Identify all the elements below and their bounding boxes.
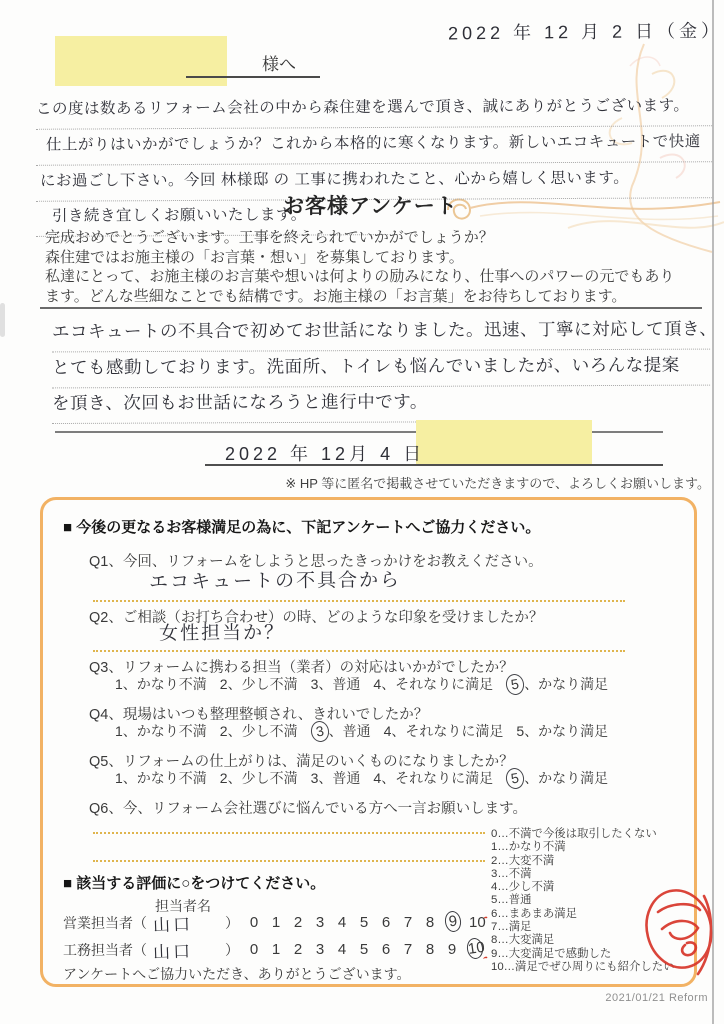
signature-underline <box>205 464 663 466</box>
scale-number: 1 <box>269 941 283 958</box>
rating-option-label: 、少し不満 <box>228 721 298 741</box>
scale-number: 0 <box>247 914 261 931</box>
scale-number: 0 <box>247 941 261 958</box>
rating-number: 4 <box>373 676 381 692</box>
scale-number: 2 <box>291 941 305 958</box>
salutation-label: 様へ <box>262 50 296 75</box>
rating-option-label: 、かなり満足 <box>524 768 608 788</box>
rating-number: 1 <box>115 770 123 786</box>
rating-option: 1、かなり不満 <box>115 721 207 741</box>
customer-feedback-line: とても感動しております。洗面所、トイレも悩んでいましたが、いろんな提案 <box>52 350 710 389</box>
scale-number: 6 <box>379 941 393 958</box>
circled-scale-number: 9 <box>444 910 463 933</box>
rating-number: 1 <box>115 723 123 739</box>
rating-option: 5、かなり満足 <box>506 768 608 788</box>
rating-option-label: 、かなり不満 <box>123 674 207 694</box>
scale-number: 5 <box>357 941 371 958</box>
rater-role-close-paren: ） <box>225 940 239 960</box>
scale-number: 7 <box>401 914 415 931</box>
rating-option: 3、普通 <box>311 721 371 741</box>
rating-option: 2、少し不満 <box>220 674 298 694</box>
redacted-signature-highlight <box>416 420 592 465</box>
rating-number: 3 <box>311 676 319 692</box>
scan-edge-artifact <box>712 0 714 1024</box>
intro-line: ます。どんな些細なことでも結構です。お施主様の「お言葉」をお待ちしております。 <box>45 287 710 307</box>
rating-option-label: 、かなり不満 <box>123 768 207 788</box>
rating-number: 4 <box>384 723 392 739</box>
scanned-survey-page: 2022 年 12 月 2 日（金） 様へ この度は数あるリフォーム会社の中から… <box>0 0 724 1024</box>
rating-option: 1、かなり不満 <box>115 674 207 694</box>
intro-paragraph: 完成おめでとうございます。工事を終えられていかがでしょうか？森住建ではお施主様の… <box>45 228 710 306</box>
survey-heading: ■ 今後の更なるお客様満足の為に、下記アンケートへご協力ください。 <box>63 516 540 537</box>
thanks-message: アンケートへご協力いただき、ありがとうございます。 <box>63 964 410 984</box>
scale-number: 9 <box>445 941 459 958</box>
scale-number: 8 <box>423 914 437 931</box>
question-5-rating-row: 1、かなり不満2、少し不満3、普通4、それなりに満足5、かなり満足 <box>115 768 621 788</box>
scale-number: 2 <box>291 914 305 931</box>
scale-heading: ■ 該当する評価に○をつけてください。 <box>63 872 325 893</box>
answer-1-handwritten: エコキュートの不具合から <box>149 565 401 594</box>
scale-number: 7 <box>401 941 415 958</box>
rating-option-label: 、かなり不満 <box>123 721 207 741</box>
scale-number: 1 <box>269 914 283 931</box>
answer-6-line-1 <box>93 832 485 834</box>
construction-rating-scale: 012345678910 <box>247 940 491 959</box>
customer-feedback: エコキュートの不具合で初めてお世話になりました。迅速、丁寧に対応して頂き、とても… <box>52 315 710 423</box>
survey-form-box: ■ 今後の更なるお客様満足の為に、下記アンケートへご協力ください。 Q1、今回、… <box>40 497 697 987</box>
scale-number: 10 <box>469 914 483 931</box>
rating-option-label: 、普通 <box>318 768 360 788</box>
rating-option-label: 、少し不満 <box>228 674 298 694</box>
rating-number: 1 <box>115 676 123 692</box>
circled-rating-number: 5 <box>505 672 526 696</box>
question-3-rating-row: 1、かなり不満2、少し不満3、普通4、それなりに満足5、かなり満足 <box>115 674 621 694</box>
rating-option: 3、普通 <box>311 768 361 788</box>
intro-line: 完成おめでとうございます。工事を終えられていかがでしょうか？ <box>45 228 710 248</box>
rating-option-label: 、少し不満 <box>228 768 298 788</box>
answer-1-line <box>93 600 625 602</box>
circled-scale-number: 10 <box>466 937 485 960</box>
scale-number: 5 <box>357 914 371 931</box>
customer-feedback-line: エコキュートの不具合で初めてお世話になりました。迅速、丁寧に対応して頂き、 <box>52 314 710 353</box>
rating-number: 5 <box>516 723 524 739</box>
intro-line: 森住建ではお施主様の「お言葉・想い」を募集しております。 <box>45 248 710 268</box>
rating-option: 3、普通 <box>311 674 361 694</box>
rater-name-handwritten: 山口 <box>147 909 226 937</box>
circled-rating-number: 5 <box>505 766 526 790</box>
rating-option-label: 、普通 <box>318 674 360 694</box>
page-title: お客様アンケート <box>283 190 458 220</box>
answer-6-line-2 <box>93 860 485 862</box>
rating-option: 1、かなり不満 <box>115 768 207 788</box>
sales-rating-scale: 012345678910 <box>247 913 491 932</box>
document-footer-date: 2021/01/21 Reform <box>520 992 708 1004</box>
scale-number: 3 <box>313 914 327 931</box>
rating-option: 5、かなり満足 <box>506 674 608 694</box>
scale-number: 4 <box>335 941 349 958</box>
anonymity-note: ※ HP 等に匿名で掲載させていただきますので、よろしくお願いします。 <box>280 473 710 492</box>
rating-option-label: 、それなりに満足 <box>381 768 493 788</box>
answer-2-line <box>93 650 625 652</box>
rating-option: 4、それなりに満足 <box>384 721 504 741</box>
rating-number: 3 <box>311 770 319 786</box>
salutation-underline <box>186 76 320 78</box>
question-6-label: Q6、今、リフォーム会社選びに悩んでいる方へ一言お願いします。 <box>89 797 527 818</box>
legend-item: 3…不満 <box>491 868 691 881</box>
letter-message-line: 仕上がりはいかがでしょうか？これから本格的に寒くなります。新しいエコキュートで快… <box>36 126 712 166</box>
scale-number: 8 <box>423 941 437 958</box>
rating-option-label: 、それなりに満足 <box>381 674 493 694</box>
legend-item: 1…かなり不満 <box>491 841 691 854</box>
question-4-rating-row: 1、かなり不満2、少し不満3、普通4、それなりに満足5、かなり満足 <box>115 721 621 741</box>
rating-option-label: 、それなりに満足 <box>391 721 503 741</box>
feedback-date-handwritten: 2022 年 12月 4 日 <box>225 440 425 466</box>
scale-number: 6 <box>379 914 393 931</box>
rating-option: 2、少し不満 <box>220 721 298 741</box>
rating-option: 2、少し不満 <box>220 768 298 788</box>
red-hanko-stamp <box>640 884 722 976</box>
rater-role-close-paren: ） <box>225 913 239 933</box>
scan-smudge-artifact <box>0 303 5 337</box>
letter-message-line: この度は数あるリフォーム会社の中から森住建を選んで頂き、誠にありがとうございます… <box>36 90 712 130</box>
letter-date-handwritten: 2022 年 12 月 2 日（金） <box>448 17 723 46</box>
rater-role-label: 営業担当者（ <box>63 913 147 933</box>
answer-2-handwritten: 女性担当か？ <box>159 617 285 645</box>
rating-number: 2 <box>220 770 228 786</box>
scale-number: 3 <box>313 941 327 958</box>
question-2-label: Q2、ご相談（お打ち合わせ）の時、どのような印象を受けましたか？ <box>89 606 543 627</box>
construction-rater-row: 工務担当者（ 山口 ） 012345678910 <box>63 937 491 962</box>
circled-rating-number: 3 <box>309 719 330 743</box>
rating-option: 4、それなりに満足 <box>373 768 493 788</box>
redacted-name-highlight <box>55 36 227 86</box>
sales-rater-row: 営業担当者（ 山口 ） 012345678910 <box>63 910 491 935</box>
legend-item: 0…不満で今後は取引したくない <box>491 828 691 841</box>
rating-option-label: 、かなり満足 <box>524 721 608 741</box>
rating-option-label: 、かなり満足 <box>524 674 608 694</box>
rating-number: 2 <box>220 676 228 692</box>
rating-option: 5、かなり満足 <box>516 721 608 741</box>
rating-option-label: 、普通 <box>329 721 371 741</box>
rater-role-label: 工務担当者（ <box>63 940 147 960</box>
customer-feedback-line: を頂き、次回もお世話になろうと進行中です。 <box>52 386 524 424</box>
rater-name-handwritten: 山口 <box>147 936 226 964</box>
scale-number: 4 <box>335 914 349 931</box>
section-divider <box>40 307 702 309</box>
rating-option: 4、それなりに満足 <box>373 674 493 694</box>
legend-item: 2…大変不満 <box>491 855 691 868</box>
rating-number: 4 <box>373 770 381 786</box>
rating-number: 2 <box>220 723 228 739</box>
intro-line: 私達にとって、お施主様のお言葉や想いは何よりの励みになり、仕事へのパワーの元でも… <box>45 267 710 287</box>
